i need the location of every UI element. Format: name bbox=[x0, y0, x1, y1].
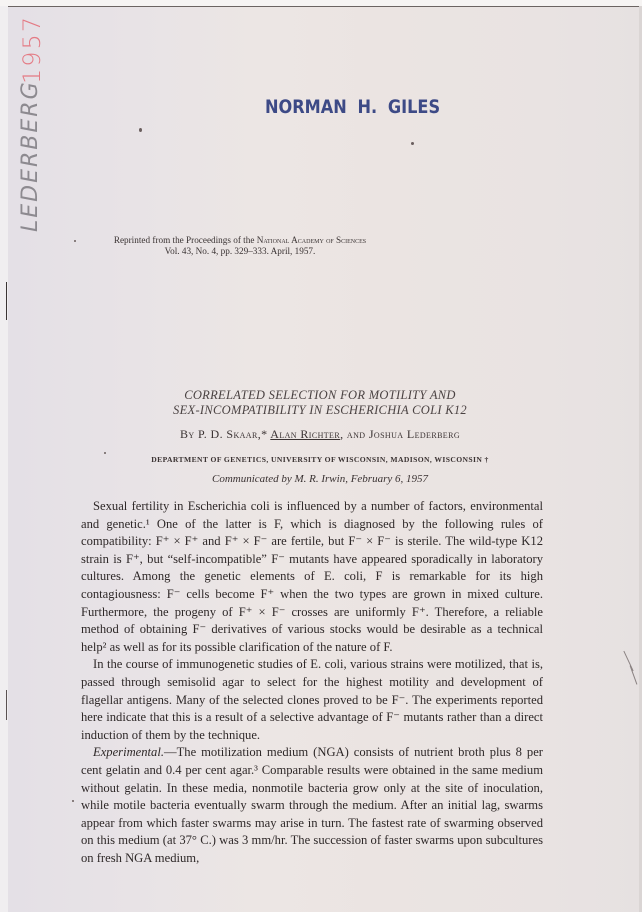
title-line-2: SEX-INCOMPATIBILITY IN ESCHERICHIA COLI … bbox=[120, 403, 520, 418]
paragraph-intro: Sexual fertility in Escherichia coli is … bbox=[81, 498, 543, 656]
paragraph-motilized: In the course of immunogenetic studies o… bbox=[81, 656, 543, 744]
author-lederberg: Joshua Lederberg bbox=[369, 427, 460, 441]
reprint-prefix: Reprinted from the Proceedings of the bbox=[114, 235, 257, 245]
author-skaar: P. D. Skaar,* bbox=[198, 427, 268, 441]
experimental-text: —The motilization medium (NGA) consists … bbox=[81, 745, 543, 865]
article-title: CORRELATED SELECTION FOR MOTILITY AND SE… bbox=[120, 388, 520, 418]
scan-left-edge bbox=[0, 6, 8, 912]
article-body: Sexual fertility in Escherichia coli is … bbox=[81, 498, 543, 867]
reprint-notice: Reprinted from the Proceedings of the Na… bbox=[85, 235, 395, 257]
paragraph-experimental: Experimental.—The motilization medium (N… bbox=[81, 744, 543, 867]
reprint-line-1: Reprinted from the Proceedings of the Na… bbox=[85, 235, 395, 246]
reprint-line-2: Vol. 43, No. 4, pp. 329–333. April, 1957… bbox=[85, 246, 395, 257]
paper-speck bbox=[139, 128, 142, 132]
author-richter: Alan Richter bbox=[270, 427, 340, 441]
binding-mark bbox=[6, 690, 7, 720]
author-prefix: By bbox=[180, 427, 198, 441]
paper-speck bbox=[72, 800, 74, 802]
section-heading-experimental: Experimental. bbox=[93, 745, 164, 759]
paper-speck bbox=[74, 240, 76, 242]
paper-speck bbox=[104, 452, 106, 454]
handwritten-name: LEDERBERG bbox=[18, 80, 43, 232]
author-connector: , and bbox=[340, 427, 369, 441]
handwritten-year: 1957 bbox=[18, 15, 46, 84]
binding-mark bbox=[6, 282, 7, 320]
author-line: By P. D. Skaar,* Alan Richter, and Joshu… bbox=[120, 427, 520, 442]
communicated-by: Communicated by M. R. Irwin, February 6,… bbox=[120, 473, 520, 485]
owner-stamp: NORMAN H. GILES bbox=[265, 96, 440, 118]
title-line-1: CORRELATED SELECTION FOR MOTILITY AND bbox=[120, 388, 520, 403]
journal-name: National Academy of Sciences bbox=[257, 235, 366, 245]
paper-speck bbox=[411, 142, 414, 145]
affiliation: DEPARTMENT OF GENETICS, UNIVERSITY OF WI… bbox=[120, 455, 520, 464]
